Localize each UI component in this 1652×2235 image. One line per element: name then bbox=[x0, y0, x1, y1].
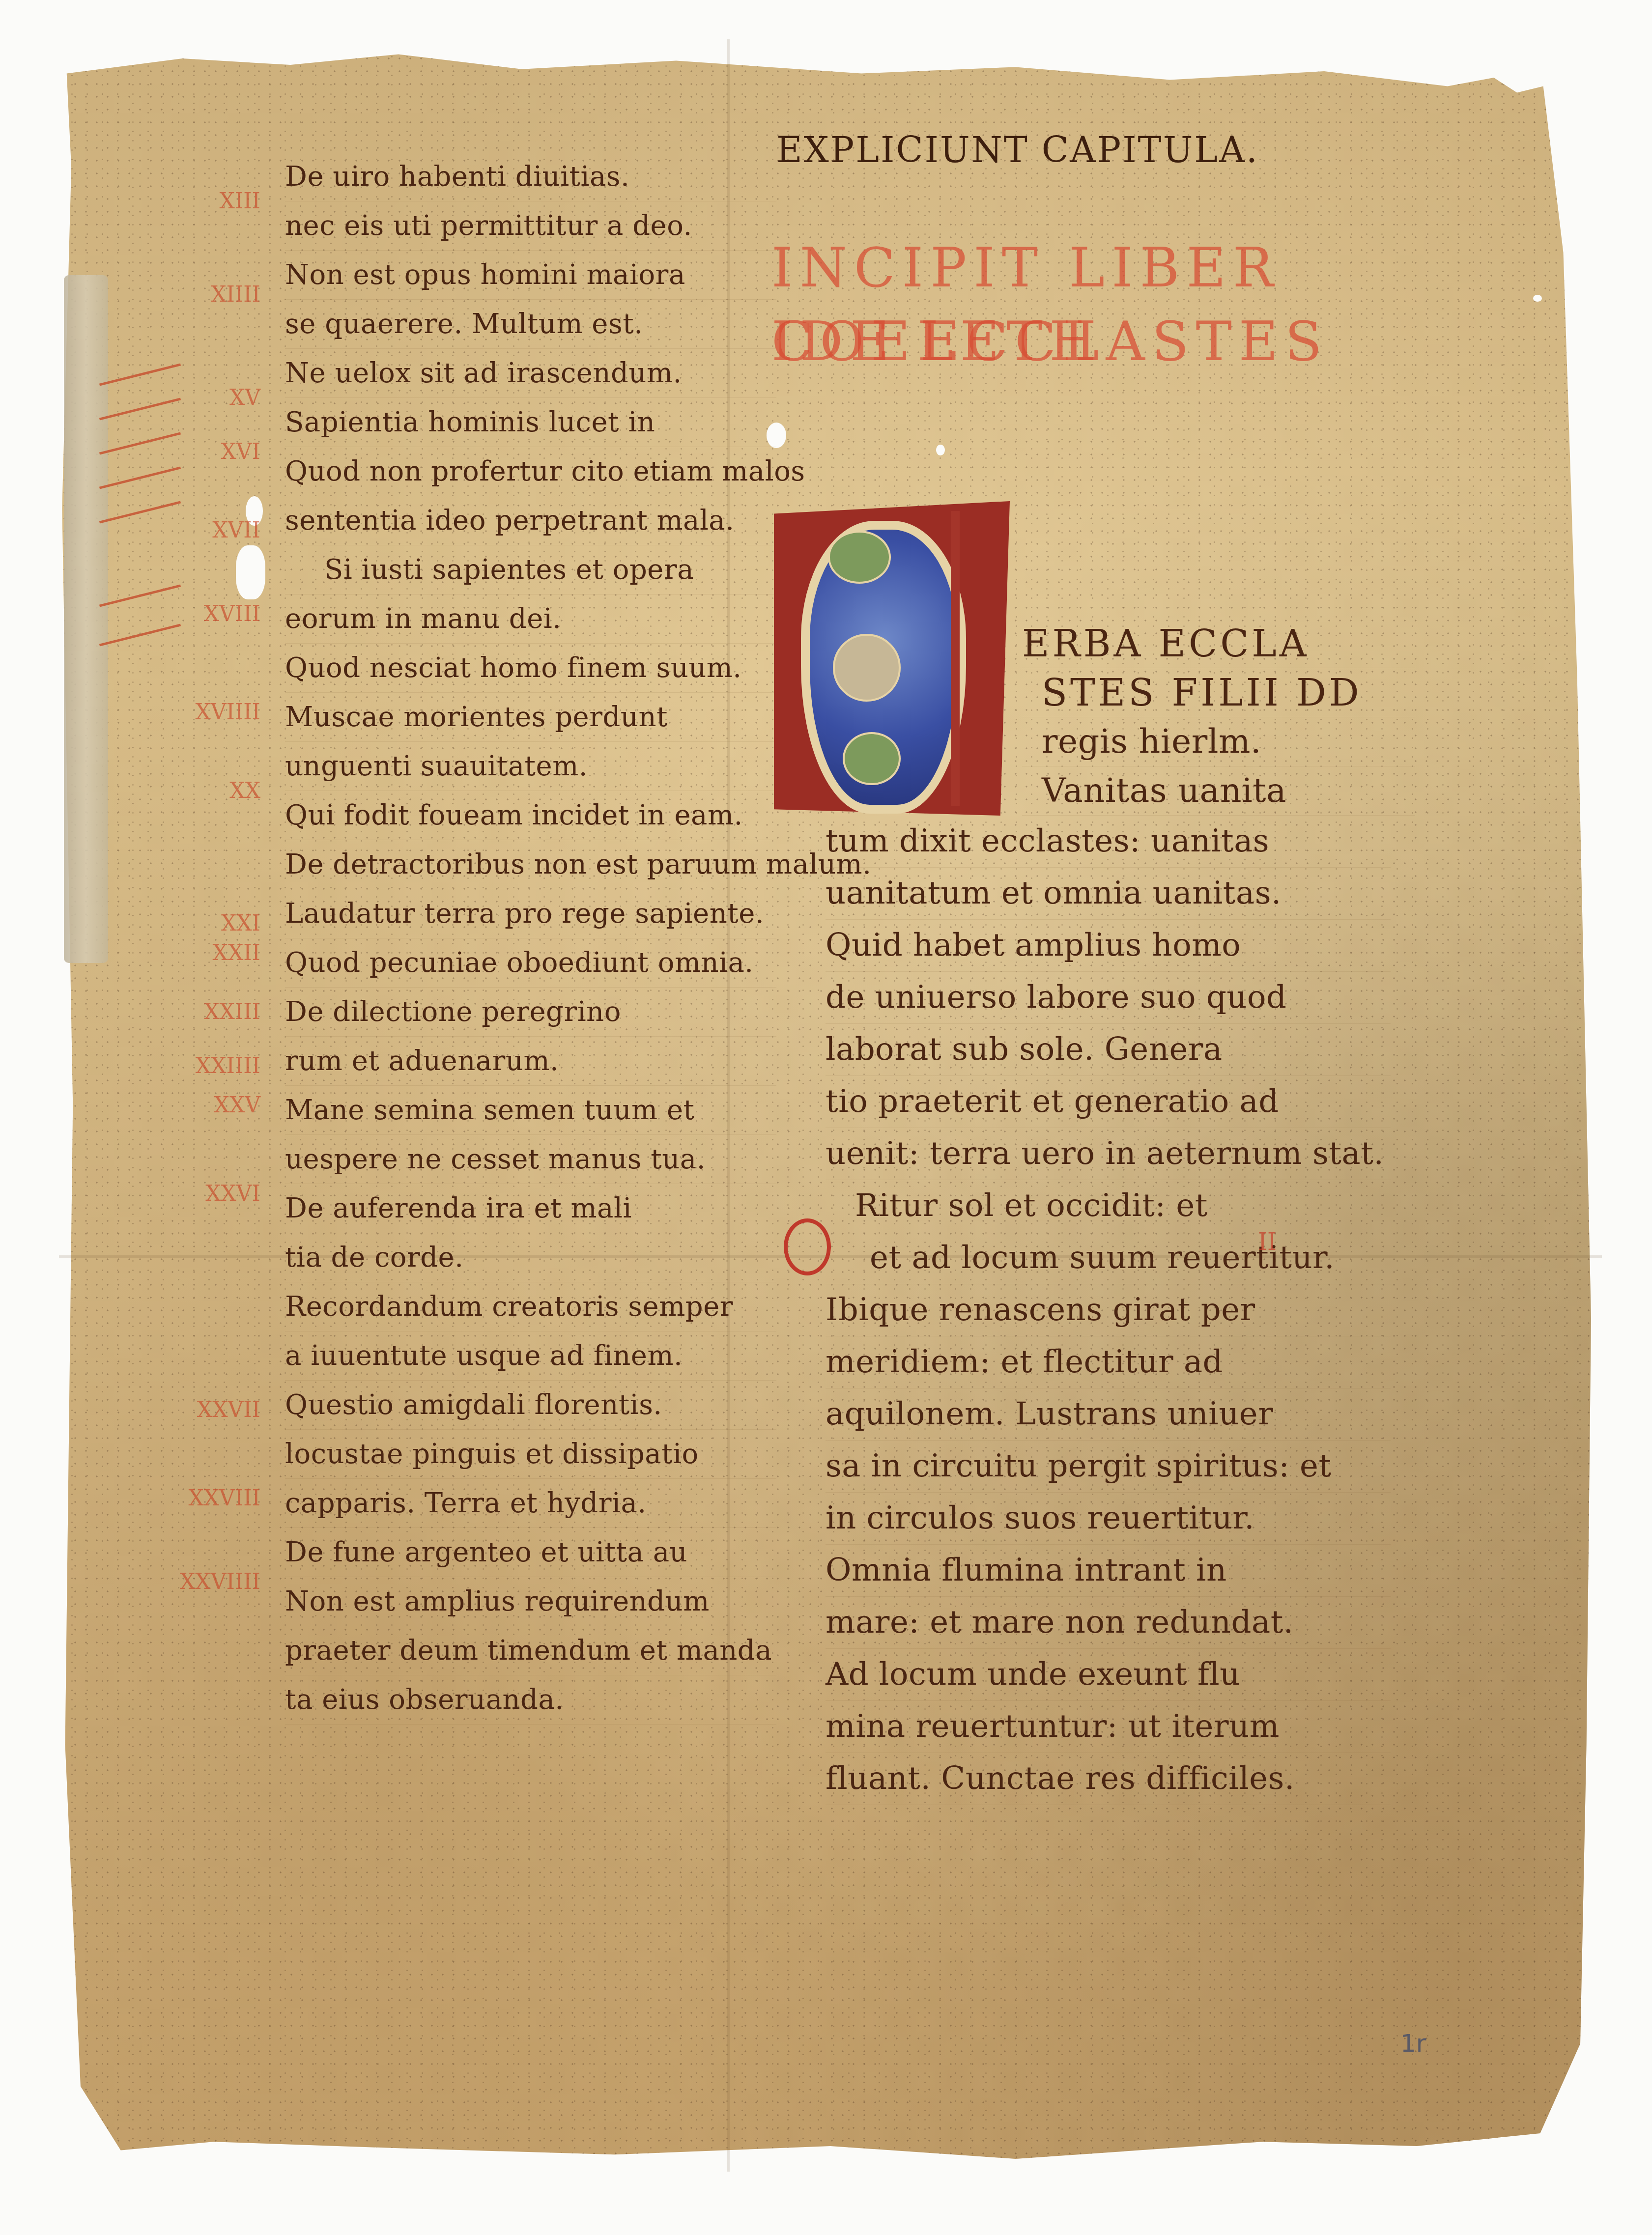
text-line: laborat sub sole. Genera bbox=[826, 1024, 1391, 1076]
capitula-line: Non est amplius requirendum bbox=[285, 1577, 776, 1626]
text-line: sa in circuitu pergit spiritus: et bbox=[826, 1441, 1391, 1493]
capitula-line: sententia ideo perpetrant mala. bbox=[285, 496, 776, 545]
red-initial-o: O bbox=[784, 1218, 831, 1275]
foliage-ornament-icon bbox=[828, 531, 891, 584]
capitula-line: Non est opus homini maiora bbox=[285, 251, 776, 300]
capitula-line: Recordandum creatoris semper bbox=[285, 1282, 776, 1331]
capitula-line: Sapientia hominis lucet in bbox=[285, 398, 776, 447]
chapter-number: XVI bbox=[138, 427, 260, 476]
capitula-line: De uiro habenti diuitias. bbox=[285, 152, 776, 201]
capitula-line: se quaerere. Multum est. bbox=[285, 300, 776, 349]
capitula-line: a iuuentute usque ad finem. bbox=[285, 1331, 776, 1381]
capitula-line: Quod pecuniae oboediunt omnia. bbox=[285, 938, 776, 988]
text-line: regis hierlm. bbox=[1022, 717, 1415, 766]
capitula-line: Questio amigdali florentis. bbox=[285, 1381, 776, 1430]
text-line: STES FILII DD bbox=[1022, 668, 1415, 717]
text-line: in circulos suos reuertitur. bbox=[826, 1493, 1391, 1545]
capitula-line: Ne uelox sit ad irascendum. bbox=[285, 349, 776, 398]
text-line: de uniuerso labore suo quod bbox=[826, 972, 1391, 1024]
margin-chapter-number: II bbox=[1258, 1228, 1277, 1256]
capitula-line: praeter deum timendum et manda bbox=[285, 1626, 776, 1675]
worm-hole bbox=[936, 445, 945, 455]
text-line: Ibique renascens girat per bbox=[826, 1284, 1391, 1336]
capitula-line: Muscae morientes perdunt bbox=[285, 693, 776, 742]
text-line: Ritur sol et occidit: et bbox=[826, 1180, 1391, 1232]
chapter-number: XXV bbox=[138, 1081, 260, 1130]
capitula-line: capparis. Terra et hydria. bbox=[285, 1479, 776, 1528]
text-line: Quid habet amplius homo bbox=[826, 920, 1391, 972]
capitula-line: De dilectione peregrino bbox=[285, 988, 776, 1037]
text-line: aquilonem. Lustrans uniuer bbox=[826, 1388, 1391, 1441]
capitula-line: De auferenda ira et mali bbox=[285, 1184, 776, 1233]
text-line: meridiem: et flectitur ad bbox=[826, 1336, 1391, 1388]
chapter-number: XXVIII bbox=[138, 1474, 260, 1523]
worm-hole bbox=[1533, 295, 1542, 302]
capitula-line: rum et aduenarum. bbox=[285, 1037, 776, 1086]
chapter-number: XIII bbox=[138, 177, 260, 226]
rosette-ornament-icon bbox=[833, 634, 901, 702]
text-line: tio praeterit et generatio ad bbox=[826, 1076, 1391, 1128]
chapter-number: XVIIII bbox=[138, 688, 260, 736]
chapter-number: XXVI bbox=[138, 1169, 260, 1218]
book-heading: EXPLICIUNT CAPITULA. INCIPIT LIBER COELE… bbox=[757, 123, 1396, 378]
text-line: tum dixit ecclastes: uanitas bbox=[826, 816, 1391, 868]
chapter-number: XXIII bbox=[138, 988, 260, 1036]
chapter-number: XV bbox=[138, 373, 260, 422]
capitula-list: De uiro habenti diuitias. nec eis uti pe… bbox=[285, 152, 776, 1725]
explicit-heading: EXPLICIUNT CAPITULA. bbox=[757, 123, 1396, 177]
chapter-number: XXII bbox=[138, 929, 260, 977]
capitula-line: uespere ne cesset manus tua. bbox=[285, 1135, 776, 1184]
chapter-number: XX bbox=[138, 766, 260, 815]
chapter-number: XVIII bbox=[138, 590, 260, 638]
capitula-line: nec eis uti permittitur a deo. bbox=[285, 201, 776, 251]
text-line: et ad locum suum reuertitur. bbox=[826, 1232, 1391, 1284]
text-line: fluant. Cunctae res difficiles. bbox=[826, 1753, 1391, 1805]
chapter-number: XXVIIII bbox=[138, 1557, 260, 1606]
incipit-rubric: IDE ECCLASTES bbox=[757, 305, 1396, 378]
text-line: uanitatum et omnia uanitas. bbox=[826, 868, 1391, 920]
capitula-line: locustae pinguis et dissipatio bbox=[285, 1430, 776, 1479]
capitula-line: ta eius obseruanda. bbox=[285, 1675, 776, 1725]
capitula-line: unguenti suauitatem. bbox=[285, 742, 776, 791]
capitula-line: De fune argenteo et uitta au bbox=[285, 1528, 776, 1577]
text-line: Omnia flumina intrant in bbox=[826, 1545, 1391, 1597]
foliage-ornament-icon bbox=[843, 732, 901, 785]
capitula-line: Quod nesciat homo finem suum. bbox=[285, 644, 776, 693]
chapter-number: XIIII bbox=[138, 270, 260, 319]
capitula-line: Qui fodit foueam incidet in eam. bbox=[285, 791, 776, 840]
capitula-line: Si iusti sapientes et opera bbox=[285, 545, 776, 594]
initial-stem bbox=[951, 511, 960, 806]
binding-strip bbox=[64, 275, 108, 963]
capitula-line: De detractoribus non est paruum malum. bbox=[285, 840, 776, 889]
text-line: mare: et mare non redundat. bbox=[826, 1597, 1391, 1649]
capitula-line: eorum in manu dei. bbox=[285, 594, 776, 644]
incipit-text: ERBA ECCLA STES FILII DD regis hierlm. V… bbox=[1022, 619, 1415, 816]
text-line: Ad locum unde exeunt flu bbox=[826, 1649, 1391, 1701]
ecclesiastes-text: tum dixit ecclastes: uanitas uanitatum e… bbox=[826, 816, 1391, 1805]
incipit-rubric: INCIPIT LIBER COELETH bbox=[757, 231, 1396, 305]
capitula-line: Quod non profertur cito etiam malos bbox=[285, 447, 776, 496]
chapter-number: XXVII bbox=[138, 1386, 260, 1434]
folio-number: 1r bbox=[1400, 2029, 1426, 2058]
text-line: ERBA ECCLA bbox=[1022, 619, 1415, 668]
text-line: Vanitas uanita bbox=[1022, 766, 1415, 816]
capitula-line: tia de corde. bbox=[285, 1233, 776, 1282]
text-line: uenit: terra uero in aeternum stat. bbox=[826, 1128, 1391, 1180]
text-line: mina reuertuntur: ut iterum bbox=[826, 1701, 1391, 1753]
capitula-line: Mane semina semen tuum et bbox=[285, 1086, 776, 1135]
chapter-number: XVII bbox=[138, 506, 260, 555]
capitula-line: Laudatur terra pro rege sapiente. bbox=[285, 889, 776, 938]
illuminated-initial: V bbox=[774, 501, 1010, 816]
